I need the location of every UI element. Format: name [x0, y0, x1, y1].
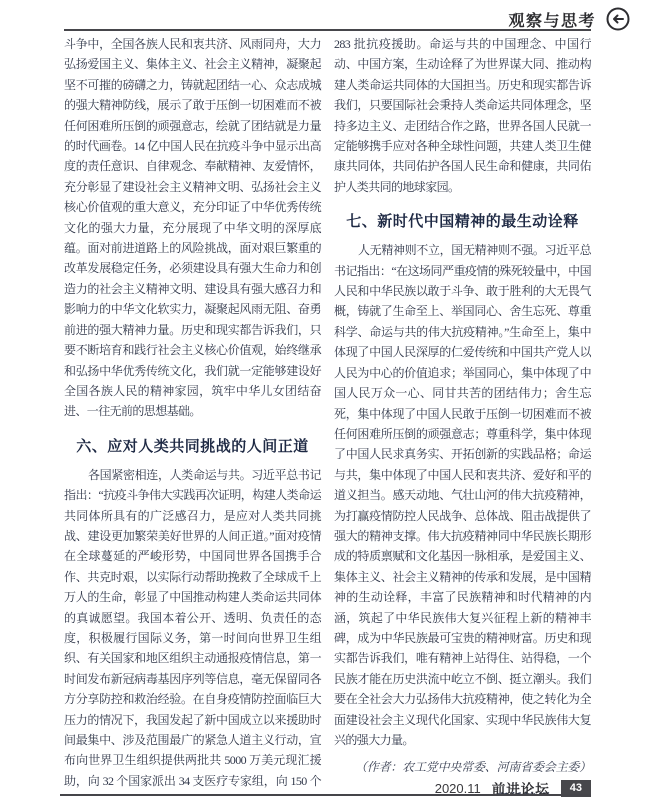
article-body: 斗争中，全国各族人民和衷共济、风雨同舟，大力弘扬爱国主义、集体主义、社会主义精神… — [64, 34, 591, 794]
column-right: 283 批抗疫援助。命运与共的中国理念、中国行动、中国方案，生动诠释了为世界谋大… — [334, 34, 591, 794]
paragraph: 各国紧密相连，人类命运与共。习近平总书记指出：“抗疫斗争伟大实践再次证明，构建人… — [64, 465, 321, 794]
header-rule — [64, 29, 591, 31]
footer-rule — [60, 794, 591, 796]
paragraph-continued: 斗争中，全国各族人民和衷共济、风雨同舟，大力弘扬爱国主义、集体主义、社会主义精神… — [64, 34, 321, 422]
circled-back-arrow-icon — [605, 6, 631, 32]
section-heading-seven: 七、新时代中国精神的最生动诠释 — [334, 210, 591, 231]
author-note: （作者：农工党中央常委、河南省委会主委） — [334, 757, 591, 777]
paragraph: 人无精神则不立，国无精神则不强。习近平总书记指出：“在这场同严重疫情的殊死较量中… — [334, 240, 591, 750]
section-header-title: 观察与思考 — [508, 8, 596, 31]
column-left: 斗争中，全国各族人民和衷共济、风雨同舟，大力弘扬爱国主义、集体主义、社会主义精神… — [64, 34, 321, 794]
section-heading-six: 六、应对人类共同挑战的人间正道 — [64, 435, 321, 456]
paragraph-continued: 283 批抗疫援助。命运与共的中国理念、中国行动、中国方案，生动诠释了为世界谋大… — [334, 34, 591, 197]
magazine-page: 观察与思考 斗争中，全国各族人民和衷共济、风雨同舟，大力弘扬爱国主义、集体主义、… — [0, 0, 651, 809]
